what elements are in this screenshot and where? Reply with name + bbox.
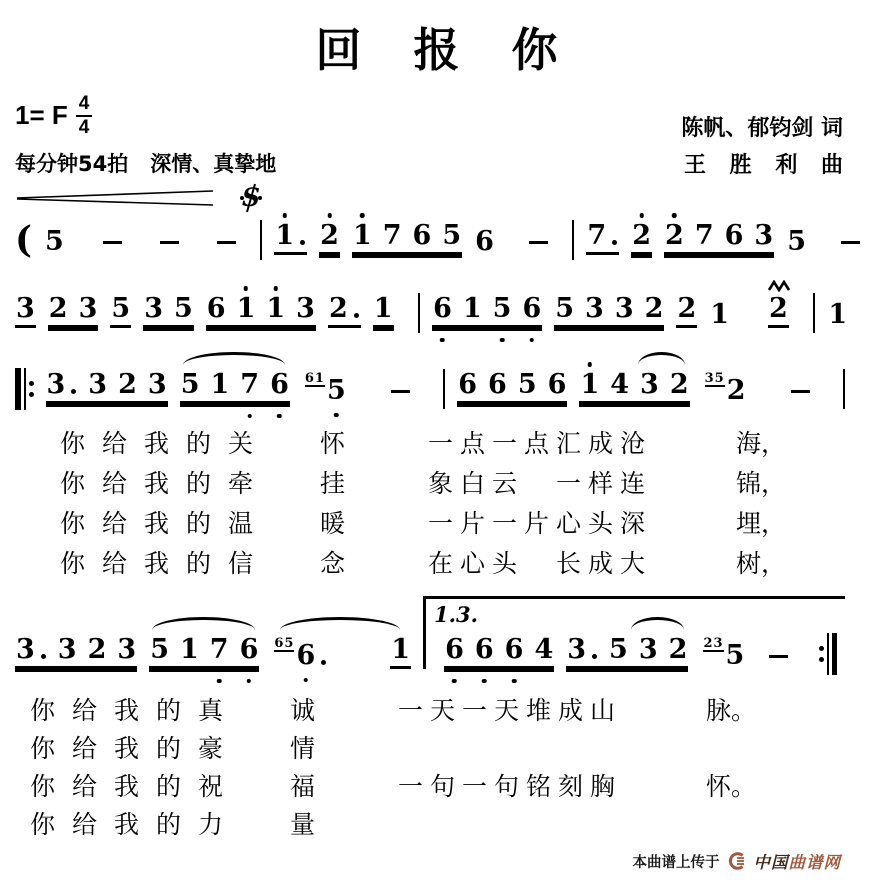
tempo-row: 每分钟54拍 深情、真挚地 <box>15 148 276 178</box>
note-digit: 7 <box>586 222 607 249</box>
note-digit: 2 <box>726 377 747 404</box>
augmentation-dot <box>41 654 46 659</box>
note-digit: 3 <box>753 222 774 249</box>
song-title: 回报你 <box>0 14 873 80</box>
octave-dot-high <box>244 286 249 291</box>
note-digit: 4 <box>533 636 554 663</box>
note-digit: 6 <box>239 636 260 663</box>
grace-notes: 23 <box>703 637 723 652</box>
note-digit: 1 <box>236 295 257 322</box>
beam-group: 35 <box>143 295 194 328</box>
note: 2 <box>328 295 361 328</box>
volta-bracket-1-3: 1.3.66643532235 <box>423 596 845 669</box>
lyric-phrase-left: 你给我的力 <box>30 805 248 841</box>
note-digit: 3 <box>46 371 67 398</box>
note: 3 <box>147 371 168 398</box>
beam-group: 5176 <box>149 636 259 669</box>
note: 6 <box>412 222 433 249</box>
octave-dot-high <box>327 213 332 218</box>
note-digit: 5 <box>173 295 194 322</box>
lyric-end-right: 海， <box>726 424 786 460</box>
slur-arc <box>152 617 254 630</box>
repeat-dots <box>819 646 824 662</box>
beam-group: 6664 <box>444 636 554 669</box>
slur-arc <box>631 617 684 630</box>
score-body: (512176567227635 32353561132161565332212… <box>0 220 873 843</box>
dynamics-row: S <box>0 188 873 218</box>
lyric-row: 你给我的豪情 <box>30 729 845 767</box>
octave-dot-low <box>452 679 457 684</box>
augmentation-dot <box>300 240 305 245</box>
note-digit: 5 <box>149 636 170 663</box>
note-digit: 5 <box>786 228 807 255</box>
note: 3 <box>57 636 78 663</box>
lyricist-credit: 陈帆、郁钧剑 词 <box>681 110 843 147</box>
note: 6 <box>487 371 508 398</box>
parenthesis: ( <box>15 222 32 258</box>
note: 1 <box>579 371 600 398</box>
music-system-4: 3323517665611.3.66643532235 <box>15 596 845 669</box>
octave-dot-low <box>440 338 445 343</box>
time-signature: 4 4 <box>76 94 93 138</box>
note: 5 <box>492 295 513 322</box>
note: 6 <box>206 295 227 322</box>
note-digit: 5 <box>326 377 347 404</box>
augmentation-dot <box>71 389 76 394</box>
time-denominator: 4 <box>79 117 90 138</box>
lyric-end-left: 暖 <box>278 504 428 540</box>
note-digit: 6 <box>432 295 453 322</box>
site-name: 中国曲谱网 <box>754 849 842 873</box>
second-beam <box>631 255 652 258</box>
note: 4 <box>533 636 554 663</box>
barline <box>418 293 421 333</box>
note-digit: 1 <box>709 301 730 328</box>
note-digit: 3 <box>147 371 168 398</box>
second-beam <box>143 328 194 331</box>
site-name-bold: 中国 <box>754 854 789 872</box>
repeat-thin-bar <box>827 633 829 675</box>
duration-dash <box>791 390 810 394</box>
octave-dot-low <box>500 338 505 343</box>
crescendo-hairpin-icon <box>15 188 215 213</box>
note: 615 <box>302 377 347 404</box>
note: 2 <box>676 295 697 328</box>
note-digit: 6 <box>457 371 478 398</box>
note: 7 <box>239 371 260 398</box>
lyric-phrase-left: 你给我的牵 <box>60 464 278 500</box>
note-digit: 1 <box>179 636 200 663</box>
octave-dot-low <box>512 679 517 684</box>
second-beam <box>319 255 340 258</box>
duration-dash <box>841 241 860 245</box>
second-beam <box>46 404 168 407</box>
second-beam <box>206 328 316 331</box>
beam-group: 2763 <box>664 222 774 255</box>
note-digit: 2 <box>669 371 690 398</box>
beam-group: 3532 <box>566 636 688 669</box>
beam-group: 6156 <box>432 295 542 328</box>
note: 3 <box>638 636 659 663</box>
note-digit: 5 <box>110 295 131 322</box>
note-digit: 5 <box>517 371 538 398</box>
second-beam <box>579 404 689 407</box>
note-digit: 6 <box>444 636 465 663</box>
note-digit: 6 <box>269 371 290 398</box>
end-repeat-sign <box>819 633 838 675</box>
beam-group: 1765 <box>352 222 462 255</box>
note: 5 <box>180 371 201 398</box>
lyric-end-left: 挂 <box>278 464 428 500</box>
note: 4 <box>609 371 630 398</box>
lyric-phrase-right: 一片一片心头深 <box>428 504 726 540</box>
lyric-row: 你给我的真诚一天一天堆成山脉。 <box>30 691 845 729</box>
repeat-thick-bar <box>15 368 21 410</box>
duration-dash <box>217 241 236 245</box>
lyric-end-right: 脉。 <box>696 691 756 727</box>
note-digit: 7 <box>694 222 715 249</box>
note: 2 <box>644 295 665 322</box>
octave-dot-low <box>334 413 339 418</box>
note-digit: 4 <box>609 371 630 398</box>
note-digit: 2 <box>664 222 685 249</box>
note-digit: 1 <box>352 222 373 249</box>
note: 656 <box>271 642 328 669</box>
volta-label: 1.3. <box>434 602 478 627</box>
begin-repeat-sign <box>15 368 34 410</box>
note: 2 <box>117 371 138 398</box>
lyric-phrase-left: 你给我的祝 <box>30 767 248 803</box>
note: 2 <box>768 295 789 328</box>
barline <box>260 220 263 260</box>
note: 1 <box>373 295 394 328</box>
note-digit: 3 <box>116 636 137 663</box>
octave-dot-high <box>639 213 644 218</box>
note: 5 <box>44 228 65 255</box>
note: 2 <box>319 222 340 255</box>
duration-dash <box>529 241 548 245</box>
note: 3 <box>78 295 99 322</box>
grace-notes: 61 <box>305 372 325 387</box>
note-digit: 2 <box>328 295 349 322</box>
lyric-row: 你给我的牵挂象白云 一样连锦， <box>60 464 845 504</box>
note: 2 <box>631 222 652 255</box>
second-beam <box>15 669 137 672</box>
augmentation-dot <box>354 313 359 318</box>
barline <box>813 293 816 333</box>
header: 1= F 4 4 每分钟54拍 深情、真挚地 陈帆、郁钧剑 词 王 胜 利 曲 <box>0 80 873 184</box>
lyric-row: 你给我的祝福一句一句铭刻胸怀。 <box>30 767 845 805</box>
note-digit: 1 <box>827 301 848 328</box>
note: 3 <box>15 295 36 328</box>
sheet-music-page: { "meta": { "title": "回报你", "lyricist": … <box>0 0 873 887</box>
note: 3 <box>143 295 164 322</box>
note: 7 <box>382 222 403 249</box>
duration-dash <box>103 241 122 245</box>
octave-dot-high <box>274 286 279 291</box>
second-beam <box>444 669 554 672</box>
note-digit: 3 <box>15 295 36 322</box>
slur-arc <box>638 352 685 365</box>
slur-arc <box>183 352 285 365</box>
note-digit: 3 <box>295 295 316 322</box>
music-system-2: 323535611321615653322121) <box>15 293 845 328</box>
note-digit: 6 <box>206 295 227 322</box>
barline <box>572 220 575 260</box>
tempo-marking: 每分钟54拍 <box>15 148 128 178</box>
note-digit: 7 <box>209 636 230 663</box>
second-beam <box>664 255 774 258</box>
note: 1 <box>236 295 257 322</box>
second-beam <box>554 328 664 331</box>
note: 3 <box>753 222 774 249</box>
note: 6 <box>457 371 478 398</box>
note-digit: 2 <box>319 222 340 249</box>
octave-dot-low <box>247 679 252 684</box>
note-digit: 5 <box>492 295 513 322</box>
note: 1 <box>709 301 730 328</box>
lyric-phrase-left: 你给我的真 <box>30 691 248 727</box>
lyric-phrase-right: 象白云 一样连 <box>428 464 726 500</box>
lyrics-verses-1-4: 你给我的关怀一点一点汇成沧海，你给我的牵挂象白云 一样连锦，你给我的温暖一片一片… <box>15 424 845 584</box>
note-digit: 1 <box>265 295 286 322</box>
time-numerator: 4 <box>76 94 93 117</box>
note: 5 <box>608 636 629 663</box>
augmentation-dot <box>612 240 617 245</box>
lyric-phrase-right: 在心头 长成大 <box>428 544 726 580</box>
duration-dash <box>769 655 788 659</box>
note: 6 <box>444 636 465 663</box>
note-digit: 3 <box>87 371 108 398</box>
note: 5 <box>110 295 131 328</box>
note-digit: 3 <box>15 636 36 663</box>
repeat-thin-bar <box>24 368 26 410</box>
note: 6 <box>724 222 745 249</box>
note-digit: 5 <box>725 642 746 669</box>
note: 7 <box>694 222 715 249</box>
second-beam <box>373 328 394 331</box>
second-beam <box>432 328 542 331</box>
note: 1 <box>179 636 200 663</box>
note-digit: 3 <box>143 295 164 322</box>
note-digit: 5 <box>180 371 201 398</box>
note-digit: 2 <box>644 295 665 322</box>
augmentation-dot <box>592 654 597 659</box>
note-digit: 1 <box>390 636 411 663</box>
note-digit: 5 <box>608 636 629 663</box>
mordent-icon <box>768 270 790 297</box>
note: 235 <box>700 642 745 669</box>
octave-dot-low <box>482 679 487 684</box>
second-beam <box>149 669 259 672</box>
lyric-phrase-left: 你给我的关 <box>60 424 278 460</box>
note-digit: 3 <box>638 636 659 663</box>
note-digit: 6 <box>547 371 568 398</box>
note-digit: 2 <box>676 295 697 322</box>
credits: 陈帆、郁钧剑 词 王 胜 利 曲 <box>681 110 843 184</box>
note-digit: 2 <box>768 295 789 322</box>
note: 5 <box>786 228 807 255</box>
note: 6 <box>474 636 495 663</box>
note: 7 <box>586 222 619 255</box>
repeat-dots <box>29 381 34 397</box>
lyric-row: 你给我的关怀一点一点汇成沧海， <box>60 424 845 464</box>
lyric-end-right: 树， <box>726 544 786 580</box>
second-beam <box>180 404 290 407</box>
note: 352 <box>702 377 747 404</box>
watermark-prefix: 本曲谱上传于 <box>633 851 720 872</box>
lyrics-verses-5-8: 你给我的真诚一天一天堆成山脉。你给我的豪情你给我的祝福一句一句铭刻胸怀。你给我的… <box>15 691 845 843</box>
note-digit: 1 <box>209 371 230 398</box>
beam-group: 3323 <box>46 371 168 404</box>
note-digit: 5 <box>554 295 575 322</box>
note-digit: 6 <box>412 222 433 249</box>
note-digit: 3 <box>566 636 587 663</box>
note: 5 <box>173 295 194 322</box>
note: 1 <box>274 222 307 255</box>
lyric-phrase-right: 一句一句铭刻胸 <box>398 767 696 803</box>
lyric-end-left: 情 <box>248 729 398 765</box>
repeat-thick-bar <box>832 633 838 675</box>
note-digit: 2 <box>48 295 69 322</box>
note-digit: 6 <box>474 636 495 663</box>
note: 6 <box>432 295 453 322</box>
note: 3 <box>116 636 137 663</box>
lyric-end-right: 怀。 <box>696 767 756 803</box>
barline <box>843 369 846 409</box>
note: 3 <box>614 295 635 322</box>
note: 6 <box>504 636 525 663</box>
note: 3 <box>15 636 48 663</box>
grace-notes: 35 <box>705 372 725 387</box>
note: 5 <box>554 295 575 322</box>
beam-group: 23 <box>48 295 99 328</box>
note: 1 <box>390 636 411 669</box>
note: 1 <box>265 295 286 322</box>
note: 3 <box>46 371 79 398</box>
note-digit: 1 <box>274 222 295 249</box>
slurred-pair: 6561 <box>271 636 411 669</box>
note: 5 <box>149 636 170 663</box>
note-digit: 7 <box>239 371 260 398</box>
lyric-row: 你给我的力量 <box>30 805 845 843</box>
key-tempo-block: 1= F 4 4 每分钟54拍 深情、真挚地 <box>15 88 276 184</box>
music-system-3: 3323517661566561432352 <box>15 368 845 404</box>
note-digit: 6 <box>504 636 525 663</box>
note-digit: 2 <box>87 636 108 663</box>
note-digit: 2 <box>631 222 652 249</box>
grace-notes: 65 <box>274 637 294 652</box>
note: 2 <box>668 636 689 663</box>
lyric-end-right: 埋， <box>726 504 786 540</box>
octave-dot-high <box>360 213 365 218</box>
key-signature: 1= F 4 4 <box>15 94 276 138</box>
augmentation-dot <box>321 660 326 665</box>
note-digit: 7 <box>382 222 403 249</box>
lyric-end-left: 量 <box>248 805 398 841</box>
note-digit: 5 <box>44 228 65 255</box>
beam-group: 3323 <box>15 636 137 669</box>
note-digit: 6 <box>487 371 508 398</box>
octave-dot-low <box>530 338 535 343</box>
note: 7 <box>209 636 230 663</box>
note: 2 <box>664 222 685 249</box>
note: 2 <box>87 636 108 663</box>
note: 1 <box>462 295 483 322</box>
note: 2 <box>669 371 690 398</box>
note-digit: 3 <box>639 371 660 398</box>
beam-group: 6113 <box>206 295 316 328</box>
lyric-end-left: 福 <box>248 767 398 803</box>
second-beam <box>457 404 567 407</box>
octave-dot-low <box>304 678 309 683</box>
note-digit: 5 <box>441 222 462 249</box>
music-system-1: (512176567227635 <box>15 220 845 255</box>
note: 3 <box>566 636 599 663</box>
note-digit: 3 <box>57 636 78 663</box>
note-digit: 3 <box>584 295 605 322</box>
note-digit: 3 <box>78 295 99 322</box>
note: 6 <box>474 228 495 255</box>
note: 1 <box>352 222 373 249</box>
second-beam <box>566 669 688 672</box>
note-digit: 1 <box>373 295 394 322</box>
lyric-end-right: 锦， <box>726 464 786 500</box>
lyric-row: 你给我的信念在心头 长成大树， <box>60 544 845 584</box>
beam-group: 1432 <box>579 371 689 404</box>
note-digit: 2 <box>117 371 138 398</box>
note: 3 <box>87 371 108 398</box>
site-name-rest: 曲谱网 <box>789 854 842 872</box>
segno-icon: S <box>239 182 263 219</box>
note: 6 <box>547 371 568 398</box>
second-beam <box>352 255 462 258</box>
barline <box>443 369 446 409</box>
key-label: 1= F <box>15 100 68 131</box>
octave-dot-high <box>282 213 287 218</box>
note: 6 <box>521 295 542 322</box>
octave-dot-low <box>247 414 252 419</box>
expression-marking: 深情、真挚地 <box>150 148 276 178</box>
lyric-end-left: 念 <box>278 544 428 580</box>
slur-arc <box>280 617 400 630</box>
lyric-end-left: 怀 <box>278 424 428 460</box>
note-digit: 6 <box>521 295 542 322</box>
note-digit: 2 <box>668 636 689 663</box>
note-digit: 6 <box>724 222 745 249</box>
note: 3 <box>639 371 660 398</box>
note: 3 <box>295 295 316 322</box>
lyric-phrase-right: 一天一天堆成山 <box>398 691 696 727</box>
lyric-phrase-right: 一点一点汇成沧 <box>428 424 726 460</box>
note: 5 <box>517 371 538 398</box>
note: 5 <box>441 222 462 249</box>
note: 1 <box>209 371 230 398</box>
duration-dash <box>160 241 179 245</box>
beam-group: 6656 <box>457 371 567 404</box>
note: 3 <box>584 295 605 322</box>
composer-credit: 王 胜 利 曲 <box>681 147 843 184</box>
note-digit: 3 <box>614 295 635 322</box>
note-digit: 6 <box>474 228 495 255</box>
lyric-phrase-left: 你给我的豪 <box>30 729 248 765</box>
octave-dot-low <box>277 414 282 419</box>
note: 6 <box>269 371 290 398</box>
octave-dot-high <box>588 362 593 367</box>
note-digit: 6 <box>295 642 316 669</box>
lyric-phrase-left: 你给我的温 <box>60 504 278 540</box>
second-beam <box>48 328 99 331</box>
